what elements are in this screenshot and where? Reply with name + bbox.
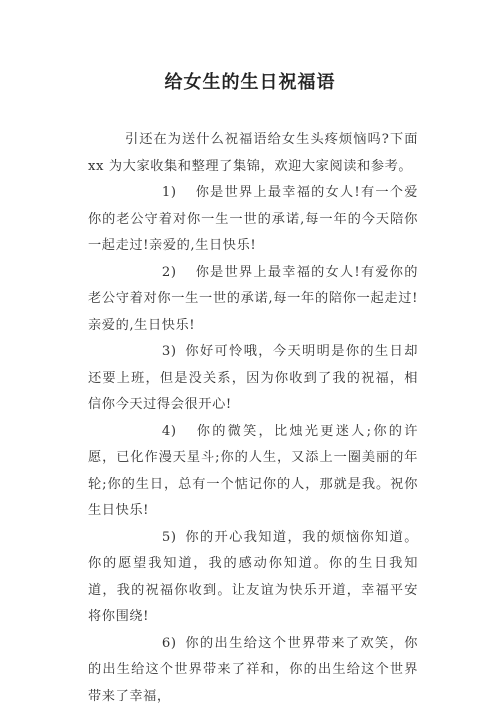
item-number: 5)	[125, 525, 177, 552]
document-body: 引还在为送什么祝福语给女生头疼烦恼吗?下面 xx 为大家收集和整理了集锦，欢迎大…	[88, 127, 418, 708]
wish-item-3: 3)你好可怜哦，今天明明是你的生日却还要上班，但是没关系，因为你收到了我的祝福，…	[88, 339, 418, 419]
wish-item-1: 1)你是世界上最幸福的女人!有一个爱你的老公守着对你一生一世的承诺,每一年的今天…	[88, 180, 418, 260]
document-page: 给女生的生日祝福语 引还在为送什么祝福语给女生头疼烦恼吗?下面 xx 为大家收集…	[0, 0, 500, 708]
wish-item-5: 5)你的开心我知道，我的烦恼你知道。你的愿望我知道，我的感动你知道。你的生日我知…	[88, 525, 418, 631]
item-number: 2)	[125, 260, 177, 287]
wish-item-2: 2)你是世界上最幸福的女人!有爱你的老公守着对你一生一世的承诺,每一年的陪你一起…	[88, 260, 418, 340]
intro-paragraph: 引还在为送什么祝福语给女生头疼烦恼吗?下面 xx 为大家收集和整理了集锦，欢迎大…	[88, 127, 418, 180]
item-number: 4)	[125, 419, 177, 446]
item-number: 6)	[125, 631, 177, 658]
item-number: 3)	[125, 339, 177, 366]
document-title: 给女生的生日祝福语	[0, 68, 500, 94]
wish-item-6: 6)你的出生给这个世界带来了欢笑，你的出生给这个世界带来了祥和，你的出生给这个世…	[88, 631, 418, 708]
wish-item-4: 4)你的微笑，比烛光更迷人;你的许愿，已化作漫天星斗;你的人生，又添上一圈美丽的…	[88, 419, 418, 525]
item-number: 1)	[125, 180, 177, 207]
